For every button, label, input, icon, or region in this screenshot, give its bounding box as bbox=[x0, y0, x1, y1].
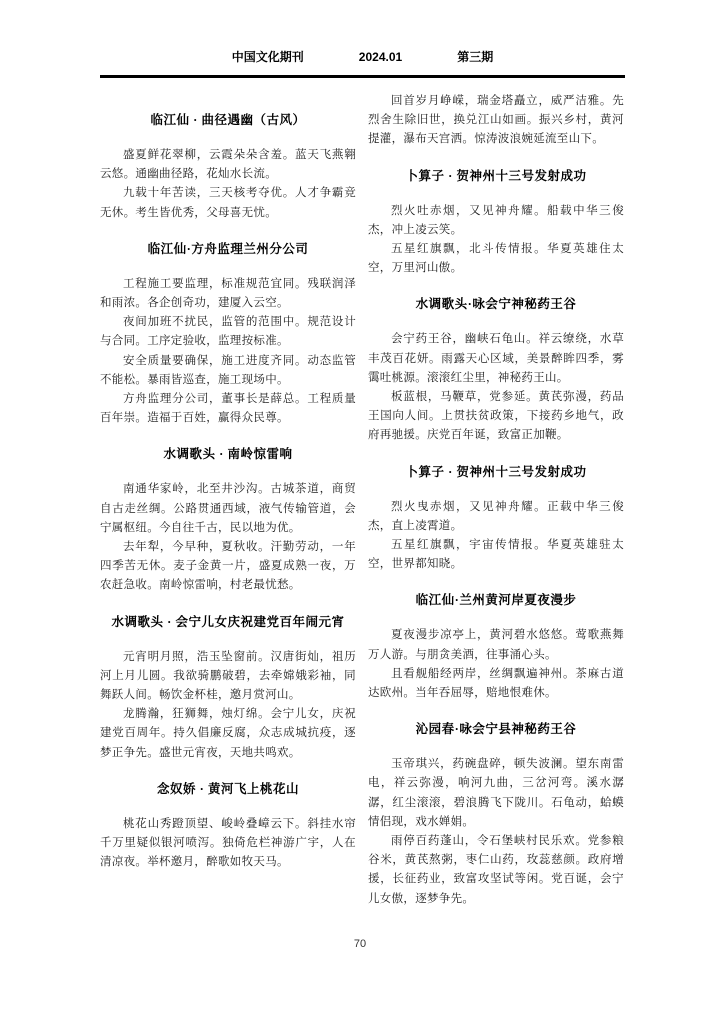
poem-paragraph: 五星红旗飘，宇宙传情报。华夏英雄驻太空，世界都知晓。 bbox=[368, 536, 624, 574]
left-column: 临江仙 · 曲径遇幽（古风） 盛夏鲜花翠柳，云霞朵朵含羞。蓝天飞燕翱云悠。通幽曲… bbox=[100, 92, 356, 909]
poem-paragraph: 雨停百药蓬山，令石堡峡村民乐欢。党参粮谷米，黄芪熬粥，枣仁山药，玫蕊慈颜。政府增… bbox=[368, 832, 624, 909]
poem-section: 临江仙·方舟监理兰州分公司 工程施工要监理，标准规范宜同。残联润泽和雨浓。各企创… bbox=[100, 239, 356, 429]
poem-section: 水调歌头·咏会宁神秘药王谷 会宁药王谷，幽峡石龟山。祥云缭绕，水草丰茂百花妍。雨… bbox=[368, 294, 624, 445]
poem-paragraph: 九载十年苦读，三天核考夺优。人才争霸竞无休。考生皆优秀，父母喜无忧。 bbox=[100, 184, 356, 222]
poem-section: 沁园春·咏会宁县神秘药王谷 玉帝琪兴，药碗盘碎，顿失波澜。望东南雷电，祥云弥漫，… bbox=[368, 719, 624, 909]
poem-paragraph: 盛夏鲜花翠柳，云霞朵朵含羞。蓝天飞燕翱云悠。通幽曲径路，花灿水长流。 bbox=[100, 146, 356, 184]
poem-paragraph: 夏夜漫步凉亭上，黄河碧水悠悠。莺歌燕舞万人游。与朋贪美酒，往事涌心头。 bbox=[368, 626, 624, 664]
poem-paragraph: 龙腾瀚，狂狮舞，烛灯绵。会宁儿女，庆祝建党百周年。持久倡廉反腐，众志成城抗疫，逐… bbox=[100, 705, 356, 763]
poem-section: 临江仙·兰州黄河岸夏夜漫步 夏夜漫步凉亭上，黄河碧水悠悠。莺歌燕舞万人游。与朋贪… bbox=[368, 590, 624, 703]
content-columns: 临江仙 · 曲径遇幽（古风） 盛夏鲜花翠柳，云霞朵朵含羞。蓝天飞燕翱云悠。通幽曲… bbox=[100, 92, 625, 909]
poem-paragraph: 会宁药王谷，幽峡石龟山。祥云缭绕，水草丰茂百花妍。雨露天心区域，美景醉眸四季，雾… bbox=[368, 330, 624, 388]
poem-title: 水调歌头 · 会宁儿女庆祝建党百年闹元宵 bbox=[100, 612, 356, 630]
poem-section: 水调歌头 · 南岭惊雷响 南通华家岭，北至井沙沟。古城茶道，商贸自古走丝绸。公路… bbox=[100, 444, 356, 595]
journal-page: 中国文化期刊 2024.01 第三期 临江仙 · 曲径遇幽（古风） 盛夏鲜花翠柳… bbox=[0, 0, 720, 1018]
header-rule bbox=[100, 75, 625, 78]
poem-title: 临江仙·兰州黄河岸夏夜漫步 bbox=[368, 590, 624, 608]
poem-title: 卜算子 · 贺神州十三号发射成功 bbox=[368, 462, 624, 480]
poem-paragraph: 方舟监理分公司，董事长是薛总。工程质量百年崇。造福于百姓，赢得众民尊。 bbox=[100, 390, 356, 428]
page-header: 中国文化期刊 2024.01 第三期 bbox=[100, 48, 625, 65]
poem-section: 临江仙 · 曲径遇幽（古风） 盛夏鲜花翠柳，云霞朵朵含羞。蓝天飞燕翱云悠。通幽曲… bbox=[100, 110, 356, 223]
poem-paragraph: 安全质量要确保，施工进度齐同。动态监管不能松。暴雨皆巡查，施工现场中。 bbox=[100, 352, 356, 390]
page-number: 70 bbox=[354, 938, 366, 950]
poem-paragraph: 烈火吐赤烟，又见神舟耀。船载中华三俊杰，冲上凌云笑。 bbox=[368, 202, 624, 240]
poem-paragraph: 元宵明月照，浩玉坠窗前。汉唐街灿，祖历河上月儿圆。我欲骑鹏破碧，去牵嫦娥彩袖，同… bbox=[100, 648, 356, 706]
poem-section: 卜算子 · 贺神州十三号发射成功 烈火曳赤烟，又见神舟耀。正载中华三俊杰，直上凌… bbox=[368, 462, 624, 575]
poem-title: 临江仙 · 曲径遇幽（古风） bbox=[100, 110, 356, 128]
poem-paragraph: 且看舰船经两岸，丝绸飘遍神州。茶麻古道达欧州。当年吞屈辱，赔地恨难休。 bbox=[368, 665, 624, 703]
issue-date: 2024.01 bbox=[359, 50, 402, 64]
poem-paragraph: 五星红旗飘，北斗传情报。华夏英雄住太空，万里河山傲。 bbox=[368, 240, 624, 278]
poem-title: 水调歌头 · 南岭惊雷响 bbox=[100, 444, 356, 462]
issue-number: 第三期 bbox=[457, 48, 493, 65]
poem-paragraph: 板蓝根，马鞭草，党参延。黄芪弥漫，药品王国向人间。上贯扶贫政策，下接药乡地气，政… bbox=[368, 388, 624, 446]
poem-section: 卜算子 · 贺神州十三号发射成功 烈火吐赤烟，又见神舟耀。船载中华三俊杰，冲上凌… bbox=[368, 166, 624, 279]
poem-paragraph: 南通华家岭，北至井沙沟。古城茶道，商贸自古走丝绸。公路贯通西域，液气传输管道，会… bbox=[100, 480, 356, 538]
right-column: 回首岁月峥嵘，瑞金塔矗立，威严洁雅。先烈舍生除旧世，换兑江山如画。振兴乡村，黄河… bbox=[368, 92, 624, 909]
poem-title: 临江仙·方舟监理兰州分公司 bbox=[100, 239, 356, 257]
journal-title: 中国文化期刊 bbox=[232, 48, 304, 65]
poem-continuation-paragraph: 回首岁月峥嵘，瑞金塔矗立，威严洁雅。先烈舍生除旧世，换兑江山如画。振兴乡村，黄河… bbox=[368, 92, 624, 150]
poem-paragraph: 夜间加班不扰民，监管的范围中。规范设计与合同。工序定验收，监理按标准。 bbox=[100, 313, 356, 351]
poem-section: 念奴娇 · 黄河飞上桃花山 桃花山秀蹬顶望、峻岭叠嶂云下。斜挂水帘千万里疑似银河… bbox=[100, 779, 356, 873]
poem-paragraph: 工程施工要监理，标准规范宜同。残联润泽和雨浓。各企创奇功，建厦入云空。 bbox=[100, 275, 356, 313]
poem-paragraph: 桃花山秀蹬顶望、峻岭叠嶂云下。斜挂水帘千万里疑似银河喷泻。独倚危栏神游广宇，人在… bbox=[100, 815, 356, 873]
poem-title: 卜算子 · 贺神州十三号发射成功 bbox=[368, 166, 624, 184]
poem-section: 水调歌头 · 会宁儿女庆祝建党百年闹元宵 元宵明月照，浩玉坠窗前。汉唐街灿，祖历… bbox=[100, 612, 356, 763]
page-footer: 70 bbox=[0, 938, 720, 950]
poem-paragraph: 烈火曳赤烟，又见神舟耀。正载中华三俊杰，直上凌霄道。 bbox=[368, 498, 624, 536]
poem-paragraph: 玉帝琪兴，药碗盘碎，顿失波澜。望东南雷电，祥云弥漫，响河九曲，三岔河弯。溪水潺潺… bbox=[368, 755, 624, 832]
poem-title: 沁园春·咏会宁县神秘药王谷 bbox=[368, 719, 624, 737]
poem-title: 水调歌头·咏会宁神秘药王谷 bbox=[368, 294, 624, 312]
poem-title: 念奴娇 · 黄河飞上桃花山 bbox=[100, 779, 356, 797]
poem-paragraph: 去年犁，今早种，夏秋收。汗勤劳动，一年四季苦无休。麦子金黄一片，盛夏成熟一夜，万… bbox=[100, 538, 356, 596]
